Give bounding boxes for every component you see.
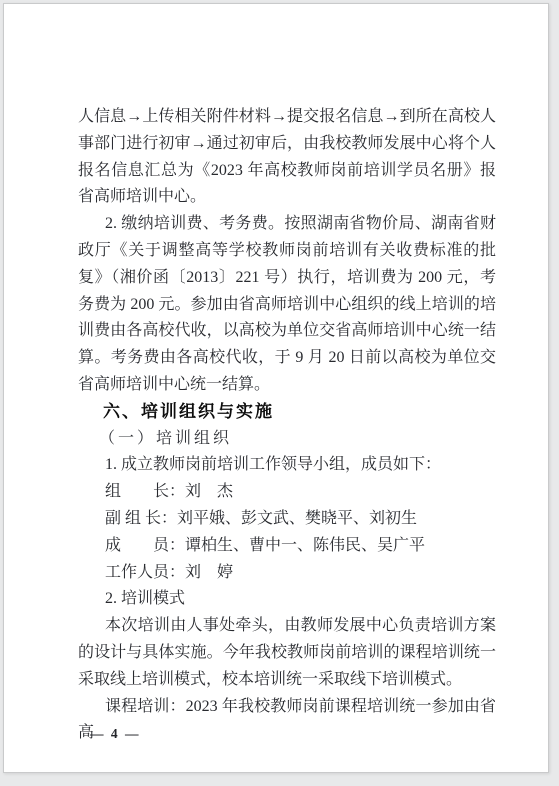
- leading-group-intro: 1. 成立教师岗前培训工作领导小组，成员如下：: [78, 452, 496, 479]
- role-line-staff: 工作人员：刘 婷: [78, 560, 496, 587]
- role-line-deputy-leaders: 副 组 长：刘平娥、彭文武、樊晓平、刘初生: [78, 506, 496, 533]
- section-heading: 六、培训组织与实施: [78, 399, 496, 426]
- document-page: 人信息→上传相关附件材料→提交报名信息→到所在高校人事部门进行初审→通过初审后，…: [3, 3, 549, 773]
- role-line-leader: 组 长：刘 杰: [78, 479, 496, 506]
- page-number: — 4 —: [90, 726, 141, 742]
- training-mode-label: 2. 培训模式: [78, 586, 496, 613]
- paragraph-registration-flow: 人信息→上传相关附件材料→提交报名信息→到所在高校人事部门进行初审→通过初审后，…: [78, 104, 496, 211]
- paragraph-training-mode: 本次培训由人事处牵头，由教师发展中心负责培训方案的设计与具体实施。今年我校教师岗…: [78, 613, 496, 693]
- subsection-heading: （一）培训组织: [78, 426, 496, 453]
- document-content: 人信息→上传相关附件材料→提交报名信息→到所在高校人事部门进行初审→通过初审后，…: [78, 104, 496, 747]
- role-line-members: 成 员：谭柏生、曹中一、陈伟民、吴广平: [78, 533, 496, 560]
- paragraph-fee-payment: 2. 缴纳培训费、考务费。按照湖南省物价局、湖南省财政厅《关于调整高等学校教师岗…: [78, 211, 496, 399]
